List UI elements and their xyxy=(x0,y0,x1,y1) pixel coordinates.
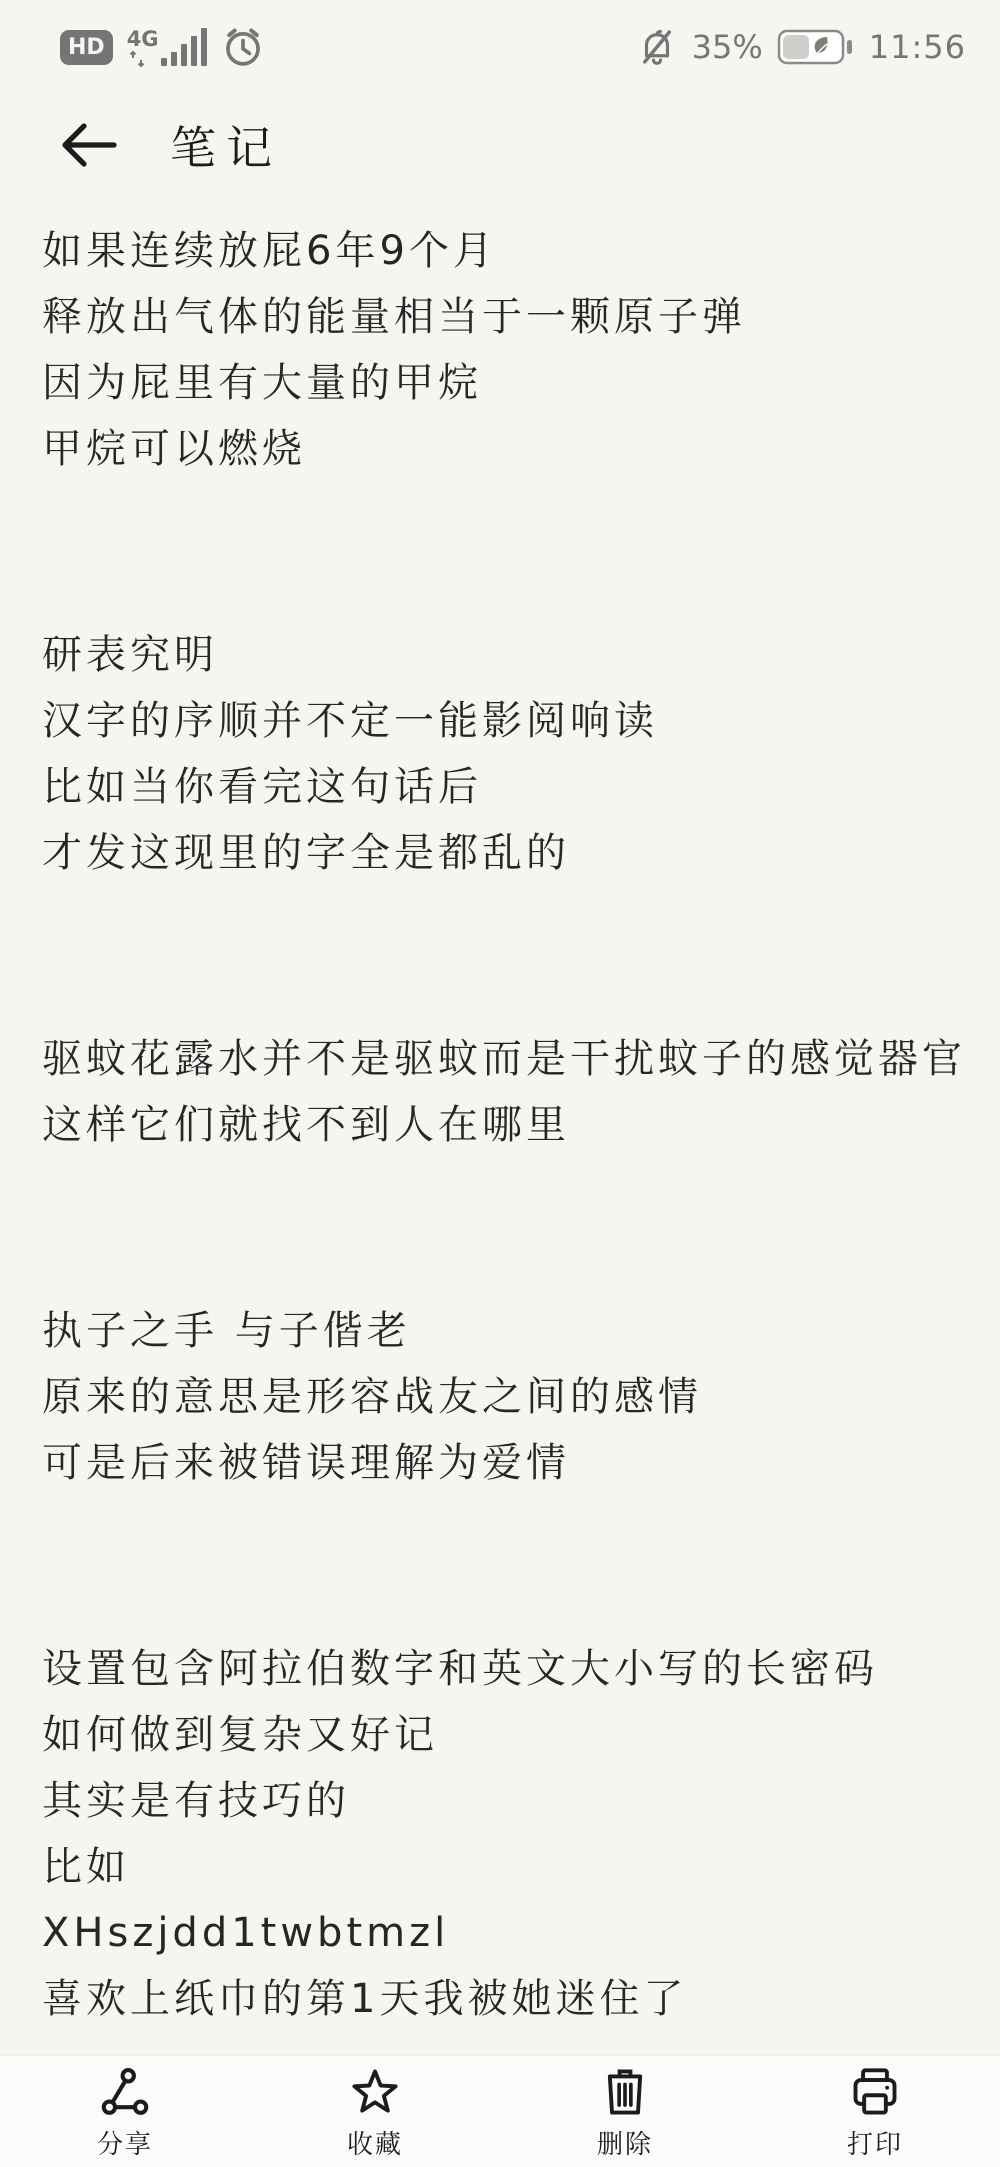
favorite-button[interactable]: 收藏 xyxy=(250,2056,500,2167)
notifications-muted-bell-icon xyxy=(636,26,678,68)
note-paragraph: 执子之手 与子偕老原来的意思是形容战友之间的感情可是后来被错误理解为爱情 xyxy=(42,1298,960,1496)
note-line: 原来的意思是形容战友之间的感情 xyxy=(42,1364,960,1430)
status-bar: HD 4G xyxy=(0,0,1000,84)
back-arrow-icon xyxy=(58,117,120,173)
network-type-label: 4G xyxy=(127,29,159,50)
notes-app-screen: HD 4G xyxy=(0,0,1000,2167)
note-header: 笔记 xyxy=(0,84,1000,178)
note-line: 可是后来被错误理解为爱情 xyxy=(42,1430,960,1496)
note-line: 喜欢上纸巾的第1天我被她迷住了 xyxy=(42,1966,960,2032)
note-line: 如果连续放屁6年9个月 xyxy=(42,218,960,284)
note-paragraph: 如果连续放屁6年9个月释放出气体的能量相当于一颗原子弹因为屁里有大量的甲烷甲烷可… xyxy=(42,218,960,482)
note-paragraph: 设置包含阿拉伯数字和英文大小写的长密码如何做到复杂又好记其实是有技巧的比如XHs… xyxy=(42,1636,960,2032)
delete-button[interactable]: 删除 xyxy=(500,2056,750,2167)
print-label: 打印 xyxy=(847,2124,903,2161)
updown-arrows-icon xyxy=(127,50,149,68)
note-line: 这样它们就找不到人在哪里 xyxy=(42,1092,960,1158)
trash-icon xyxy=(599,2066,651,2118)
page-title: 笔记 xyxy=(170,112,282,178)
note-line: 比如当你看完这句话后 xyxy=(42,754,960,820)
status-bar-right: 35% 11:56 xyxy=(636,26,966,68)
note-line: 才发这现里的字全是都乱的 xyxy=(42,820,960,886)
share-label: 分享 xyxy=(97,2124,153,2161)
star-icon xyxy=(349,2066,401,2118)
note-line: 设置包含阿拉伯数字和英文大小写的长密码 xyxy=(42,1636,960,1702)
status-time-label: 11:56 xyxy=(869,28,966,66)
signal-strength-icon: 4G xyxy=(127,26,207,68)
note-line: 甲烷可以燃烧 xyxy=(42,416,960,482)
alarm-clock-icon xyxy=(221,25,265,69)
status-bar-left: HD 4G xyxy=(60,25,265,69)
note-line: 驱蚊花露水并不是驱蚊而是干扰蚊子的感觉器官 xyxy=(42,1026,960,1092)
bottom-toolbar: 分享 收藏 删除 打印 xyxy=(0,2055,1000,2167)
note-paragraph: 研表究明汉字的序顺并不定一能影阅响读比如当你看完这句话后才发这现里的字全是都乱的 xyxy=(42,622,960,886)
hd-badge-icon: HD xyxy=(60,30,113,65)
print-button[interactable]: 打印 xyxy=(750,2056,1000,2167)
share-button[interactable]: 分享 xyxy=(0,2056,250,2167)
note-line: 因为屁里有大量的甲烷 xyxy=(42,350,960,416)
note-line: XHszjdd1twbtmzl xyxy=(42,1900,960,1966)
favorite-label: 收藏 xyxy=(347,2124,403,2161)
note-line: 执子之手 与子偕老 xyxy=(42,1298,960,1364)
note-body[interactable]: 如果连续放屁6年9个月释放出气体的能量相当于一颗原子弹因为屁里有大量的甲烷甲烷可… xyxy=(0,178,1000,2032)
delete-label: 删除 xyxy=(597,2124,653,2161)
print-icon xyxy=(849,2066,901,2118)
battery-percent-label: 35% xyxy=(692,28,763,66)
note-line: 研表究明 xyxy=(42,622,960,688)
battery-power-saving-icon xyxy=(777,27,855,67)
note-line: 汉字的序顺并不定一能影阅响读 xyxy=(42,688,960,754)
note-line: 释放出气体的能量相当于一颗原子弹 xyxy=(42,284,960,350)
note-paragraph: 驱蚊花露水并不是驱蚊而是干扰蚊子的感觉器官这样它们就找不到人在哪里 xyxy=(42,1026,960,1158)
share-icon xyxy=(99,2066,151,2118)
note-line: 其实是有技巧的 xyxy=(42,1768,960,1834)
signal-bars-icon xyxy=(161,26,207,68)
back-button[interactable] xyxy=(58,117,120,173)
note-line: 比如 xyxy=(42,1834,960,1900)
note-line: 如何做到复杂又好记 xyxy=(42,1702,960,1768)
